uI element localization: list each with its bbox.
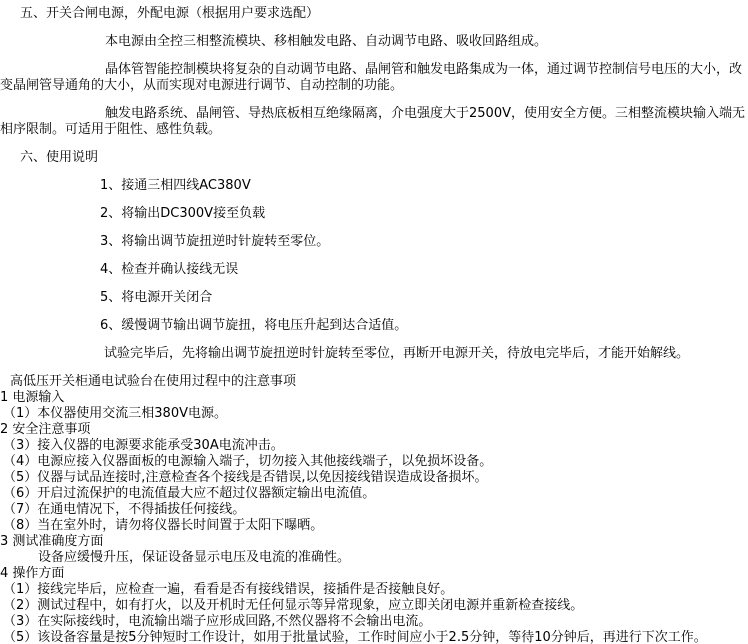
note-item: （5）该设备容量是按5分钟短时工作设计，如用于批量试验，工作时间应小于2.5分钟… — [3, 630, 748, 644]
section-power-supply: 五、开关合闸电源，外配电源（根据用户要求选配） 本电源由全控三相整流模块、移相触… — [0, 6, 748, 138]
note-item: （1）接线完毕后，应检查一遍，看看是否有接线错误，接插件是否接触良好。 — [3, 582, 748, 598]
section-usage-instructions: 六、使用说明 1、接通三相四线AC380V 2、将输出DC300V接至负载 3、… — [0, 150, 748, 362]
note-item: （3）在实际接线时，电流输出端子应形成回路,不然仪器将不会输出电流。 — [3, 614, 748, 630]
note-item: （6）开启过流保护的电流值最大应不超过仪器额定输出电流值。 — [3, 486, 748, 502]
note-item: （1）本仪器使用交流三相380V电源。 — [3, 406, 748, 422]
document-page: 五、开关合闸电源，外配电源（根据用户要求选配） 本电源由全控三相整流模块、移相触… — [0, 0, 748, 644]
note-item: （2）测试过程中，如有打火，以及开机时无任何显示等异常现象，应立即关闭电源并重新… — [3, 598, 748, 614]
power-paragraph-composition: 本电源由全控三相整流模块、移相触发电路、自动调节电路、吸收回路组成。 — [0, 34, 748, 50]
note-group-heading: 1 电源输入 — [0, 390, 748, 406]
section-power-heading: 五、开关合闸电源，外配电源（根据用户要求选配） — [20, 6, 748, 22]
note-item: （7）在通电情况下，不得插拔任何接线。 — [3, 502, 748, 518]
usage-step-3: 3、将输出调节旋扭逆时针旋转至零位。 — [100, 234, 748, 250]
usage-step-5: 5、将电源开关闭合 — [100, 290, 748, 306]
note-item: （8）当在室外时，请勿将仪器长时间置于太阳下曝晒。 — [3, 518, 748, 534]
note-group-power-input: 1 电源输入 （1）本仪器使用交流三相380V电源。 — [0, 390, 748, 422]
power-paragraph-control-module: 晶体管智能控制模块将复杂的自动调节电路、晶闸管和触发电路集成为一体，通过调节控制… — [0, 62, 748, 94]
note-item: 设备应缓慢升压，保证设备显示电压及电流的准确性。 — [38, 550, 748, 566]
precautions-title: 高低压开关柜通电试验台在使用过程中的注意事项 — [10, 374, 748, 390]
note-group-heading: 3 测试准确度方面 — [0, 534, 748, 550]
note-group-accuracy: 3 测试准确度方面 设备应缓慢升压，保证设备显示电压及电流的准确性。 — [0, 534, 748, 566]
power-paragraph-insulation: 触发电路系统、晶闸管、导热底板相互绝缘隔离，介电强度大于2500V，使用安全方便… — [0, 106, 748, 138]
note-item: （4）电源应接入仪器面板的电源输入端子，切勿接入其他接线端子，以免损坏设备。 — [3, 454, 748, 470]
usage-step-1: 1、接通三相四线AC380V — [100, 178, 748, 194]
note-item: （3）接入仪器的电源要求能承受30A电流冲击。 — [3, 438, 748, 454]
note-group-heading: 2 安全注意事项 — [0, 422, 748, 438]
note-group-safety: 2 安全注意事项 （3）接入仪器的电源要求能承受30A电流冲击。 （4）电源应接… — [0, 422, 748, 534]
precautions-section: 高低压开关柜通电试验台在使用过程中的注意事项 1 电源输入 （1）本仪器使用交流… — [0, 374, 748, 644]
usage-step-6: 6、缓慢调节输出调节旋扭，将电压升起到达合适值。 — [100, 318, 748, 334]
usage-step-2: 2、将输出DC300V接至负载 — [100, 206, 748, 222]
usage-closing-note: 试验完毕后，先将输出调节旋扭逆时针旋转至零位，再断开电源开关，待放电完毕后，才能… — [104, 346, 748, 362]
note-group-heading: 4 操作方面 — [0, 566, 748, 582]
section-usage-heading: 六、使用说明 — [20, 150, 748, 166]
note-item: （5）仪器与试品连接时,注意检查各个接线是否错误,以免因接线错误造成设备损坏。 — [3, 470, 748, 486]
note-group-operation: 4 操作方面 （1）接线完毕后，应检查一遍，看看是否有接线错误，接插件是否接触良… — [0, 566, 748, 644]
usage-step-4: 4、检查并确认接线无误 — [100, 262, 748, 278]
